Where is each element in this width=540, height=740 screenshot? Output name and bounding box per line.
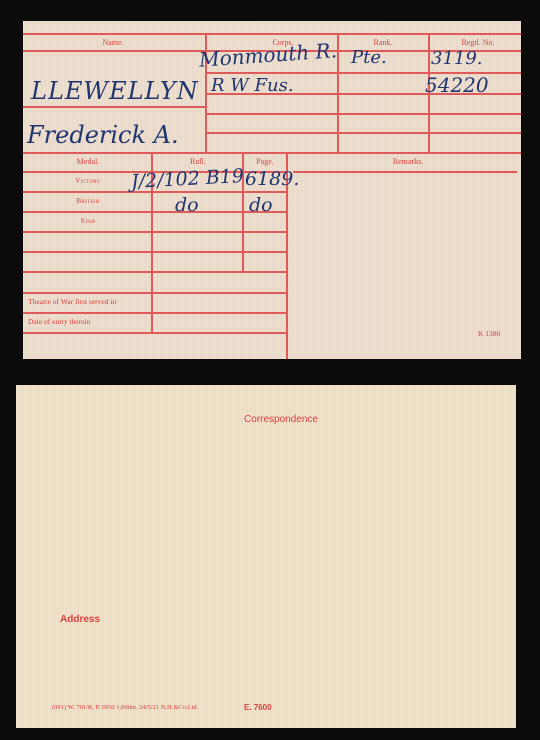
- address-label: Address: [60, 614, 130, 625]
- form-code: K 1380: [478, 329, 500, 338]
- rank-entry: Pte.: [351, 47, 387, 68]
- medal-header: Medal.: [53, 157, 123, 166]
- rule: [205, 132, 521, 134]
- rule: [23, 251, 286, 253]
- rule: [23, 211, 286, 213]
- regtl-no-entry-2: 54220: [425, 73, 489, 97]
- name-header: Name.: [83, 38, 143, 47]
- corps-entry-2: R W Fus.: [211, 75, 294, 96]
- correspondence-label: Correspondence: [221, 414, 341, 425]
- corps-entry-1: Monmouth R.: [198, 38, 337, 72]
- imprint-code: E. 7600: [244, 703, 272, 712]
- remarks-header: Remarks.: [368, 157, 448, 166]
- roll-header: Roll.: [173, 157, 223, 166]
- regtl-no-entry-1: 3119.: [431, 48, 483, 69]
- rule: [205, 113, 521, 115]
- date-entry-label: Date of entry therein: [28, 317, 90, 326]
- rule: [23, 292, 286, 294]
- rule: [23, 332, 286, 334]
- medal-british: British: [43, 197, 133, 205]
- page-header: Page.: [245, 157, 285, 166]
- rule: [293, 171, 517, 173]
- forenames-entry: Frederick A.: [27, 121, 179, 149]
- imprint: (991) W. 701/R. P. 6950 1,000m. 24/5/21 …: [52, 704, 198, 711]
- victory-roll: J/2/102 B19: [131, 165, 245, 193]
- medal-card-back: Correspondence Address (991) W. 701/R. P…: [16, 385, 516, 728]
- rule: [23, 152, 521, 154]
- medal-victory: Victory: [43, 177, 133, 185]
- british-roll: do: [175, 194, 199, 216]
- rule: [23, 33, 521, 35]
- medal-star: Star: [43, 217, 133, 225]
- rule: [23, 312, 286, 314]
- rule: [23, 106, 205, 108]
- surname-entry: LLEWELLYN: [31, 77, 199, 105]
- rank-header: Rank.: [353, 38, 413, 47]
- theatre-label: Theatre of War first served in: [28, 297, 116, 306]
- medal-card-front: Name. Corps. Rank. Regtl. No. LLEWELLYN …: [23, 21, 521, 359]
- victory-page: 6189.: [245, 168, 299, 190]
- rule: [23, 231, 286, 233]
- rule: [23, 271, 286, 273]
- regtl-no-header: Regtl. No.: [443, 38, 513, 47]
- british-page: do: [249, 194, 273, 216]
- rule: [337, 33, 339, 153]
